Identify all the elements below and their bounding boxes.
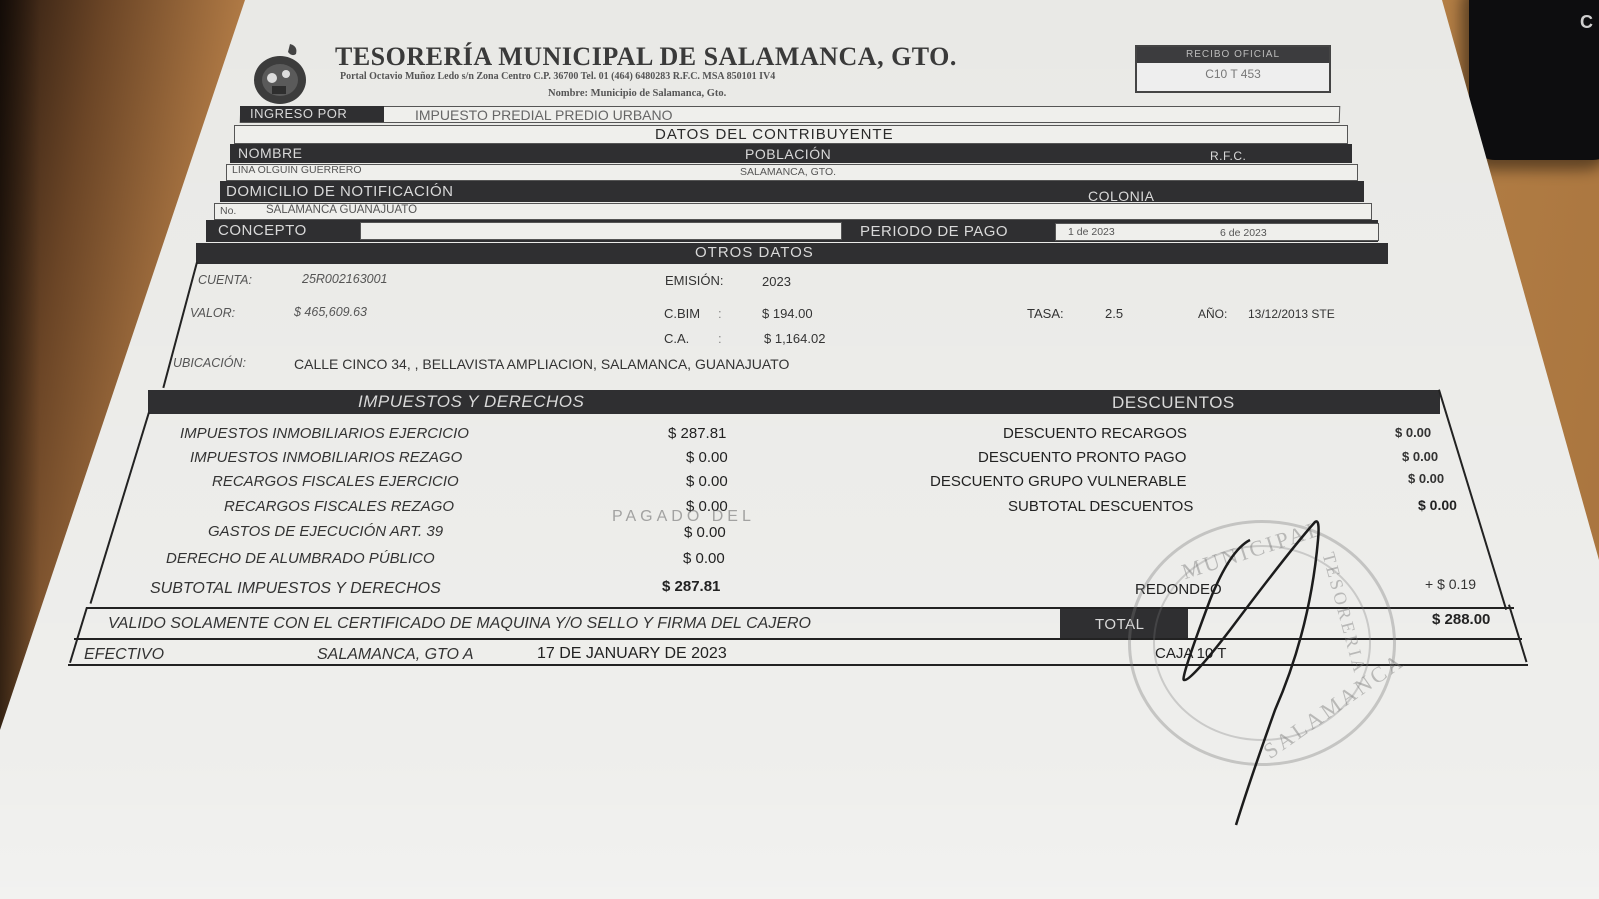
treasury-name-line: Nombre: Municipio de Salamanca, Gto. bbox=[548, 88, 726, 99]
descuento-value: $ 0.00 bbox=[1408, 471, 1444, 486]
contribuyente-section-title: DATOS DEL CONTRIBUYENTE bbox=[655, 126, 894, 143]
ubicacion-label: UBICACIÓN: bbox=[173, 356, 246, 370]
impuesto-label: DERECHO DE ALUMBRADO PÚBLICO bbox=[166, 550, 435, 567]
cbim-label: C.BIM bbox=[664, 306, 700, 321]
payment-place: SALAMANCA, GTO A bbox=[317, 646, 473, 664]
cbim-value: $ 194.00 bbox=[762, 306, 813, 321]
subtotal-descuentos-value: $ 0.00 bbox=[1418, 497, 1457, 513]
ca-colon: : bbox=[718, 331, 722, 346]
periodo-from: 1 de 2023 bbox=[1068, 226, 1115, 238]
concepto-value-field bbox=[360, 222, 842, 240]
otros-datos-title: OTROS DATOS bbox=[695, 244, 814, 261]
total-value: $ 288.00 bbox=[1432, 611, 1490, 628]
emision-value: 2023 bbox=[762, 274, 791, 289]
subtotal-descuentos-label: SUBTOTAL DESCUENTOS bbox=[1008, 498, 1193, 515]
background-device: C bbox=[1469, 0, 1599, 160]
anio-label: AÑO: bbox=[1198, 307, 1227, 321]
domicilio-label: DOMICILIO DE NOTIFICACIÓN bbox=[226, 183, 454, 200]
poblacion-label: POBLACIÓN bbox=[745, 146, 831, 162]
domicilio-value: SALAMANCA GUANAJUATO bbox=[266, 204, 417, 216]
periodo-label: PERIODO DE PAGO bbox=[860, 223, 1008, 240]
concepto-label: CONCEPTO bbox=[218, 222, 307, 239]
treasury-address: Portal Octavio Muñoz Ledo s/n Zona Centr… bbox=[340, 71, 775, 82]
tasa-label: TASA: bbox=[1027, 306, 1064, 321]
anio-value: 13/12/2013 STE bbox=[1248, 307, 1335, 321]
payment-date: 17 DE JANUARY DE 2023 bbox=[537, 645, 727, 663]
impuesto-label: RECARGOS FISCALES EJERCICIO bbox=[212, 473, 459, 490]
tasa-value: 2.5 bbox=[1105, 306, 1123, 321]
payment-method: EFECTIVO bbox=[84, 646, 164, 664]
ubicacion-value: CALLE CINCO 34, , BELLAVISTA AMPLIACION,… bbox=[294, 356, 789, 372]
impuesto-value: $ 0.00 bbox=[686, 473, 728, 490]
descuentos-title: DESCUENTOS bbox=[1112, 393, 1235, 413]
impuesto-label: IMPUESTOS INMOBILIARIOS EJERCICIO bbox=[180, 425, 469, 442]
colonia-label: COLONIA bbox=[1088, 188, 1155, 204]
ca-value: $ 1,164.02 bbox=[764, 331, 825, 346]
official-receipt-number: C10 T 453 bbox=[1137, 67, 1329, 81]
treasury-title: TESORERÍA MUNICIPAL DE SALAMANCA, GTO. bbox=[335, 42, 957, 72]
official-receipt-box: RECIBO OFICIAL C10 T 453 bbox=[1135, 45, 1331, 93]
descuento-label: DESCUENTO GRUPO VULNERABLE bbox=[930, 473, 1186, 490]
cbim-colon: : bbox=[718, 306, 722, 321]
official-receipt-label: RECIBO OFICIAL bbox=[1137, 47, 1329, 63]
ingreso-label: INGRESO POR bbox=[250, 106, 347, 121]
subtotal-impuestos-label: SUBTOTAL IMPUESTOS Y DERECHOS bbox=[150, 580, 441, 598]
descuento-label: DESCUENTO PRONTO PAGO bbox=[978, 449, 1186, 466]
valor-label: VALOR: bbox=[190, 306, 235, 320]
nombre-label: NOMBRE bbox=[238, 145, 302, 161]
impuestos-title: IMPUESTOS Y DERECHOS bbox=[358, 392, 584, 412]
impuesto-value: $ 287.81 bbox=[668, 425, 726, 442]
impuesto-value: $ 0.00 bbox=[683, 550, 725, 567]
impuestos-descuentos-bar bbox=[148, 390, 1440, 414]
periodo-to: 6 de 2023 bbox=[1220, 227, 1267, 239]
impuesto-value: $ 0.00 bbox=[686, 449, 728, 466]
municipal-coat-of-arms-icon bbox=[250, 40, 312, 108]
redondeo-value: + $ 0.19 bbox=[1425, 576, 1476, 592]
emision-label: EMISIÓN: bbox=[665, 273, 724, 288]
cuenta-label: CUENTA: bbox=[198, 273, 252, 287]
ca-label: C.A. bbox=[664, 331, 689, 346]
subtotal-impuestos-value: $ 287.81 bbox=[662, 578, 720, 595]
ingreso-row bbox=[240, 106, 1341, 123]
cashier-signature bbox=[1170, 510, 1330, 830]
ingreso-value: IMPUESTO PREDIAL PREDIO URBANO bbox=[415, 107, 673, 123]
ghost-stamp: PAGADO DEL bbox=[612, 508, 755, 526]
poblacion-value: SALAMANCA, GTO. bbox=[740, 166, 836, 178]
impuesto-label: GASTOS DE EJECUCIÓN ART. 39 bbox=[208, 523, 443, 540]
impuesto-label: RECARGOS FISCALES REZAGO bbox=[224, 498, 454, 515]
rfc-label: R.F.C. bbox=[1210, 149, 1246, 163]
validity-note: VALIDO SOLAMENTE CON EL CERTIFICADO DE M… bbox=[108, 615, 811, 633]
cuenta-value: 25R002163001 bbox=[302, 272, 388, 286]
device-glyph: C bbox=[1580, 12, 1593, 33]
descuento-value: $ 0.00 bbox=[1395, 425, 1431, 440]
descuento-label: DESCUENTO RECARGOS bbox=[1003, 425, 1187, 442]
nombre-value: LINA OLGUIN GUERRERO bbox=[232, 164, 362, 176]
impuesto-value: $ 0.00 bbox=[684, 524, 726, 541]
valor-value: $ 465,609.63 bbox=[294, 305, 367, 319]
descuento-value: $ 0.00 bbox=[1402, 449, 1438, 464]
domicilio-no-label: No. bbox=[220, 205, 236, 217]
impuesto-label: IMPUESTOS INMOBILIARIOS REZAGO bbox=[190, 449, 462, 466]
